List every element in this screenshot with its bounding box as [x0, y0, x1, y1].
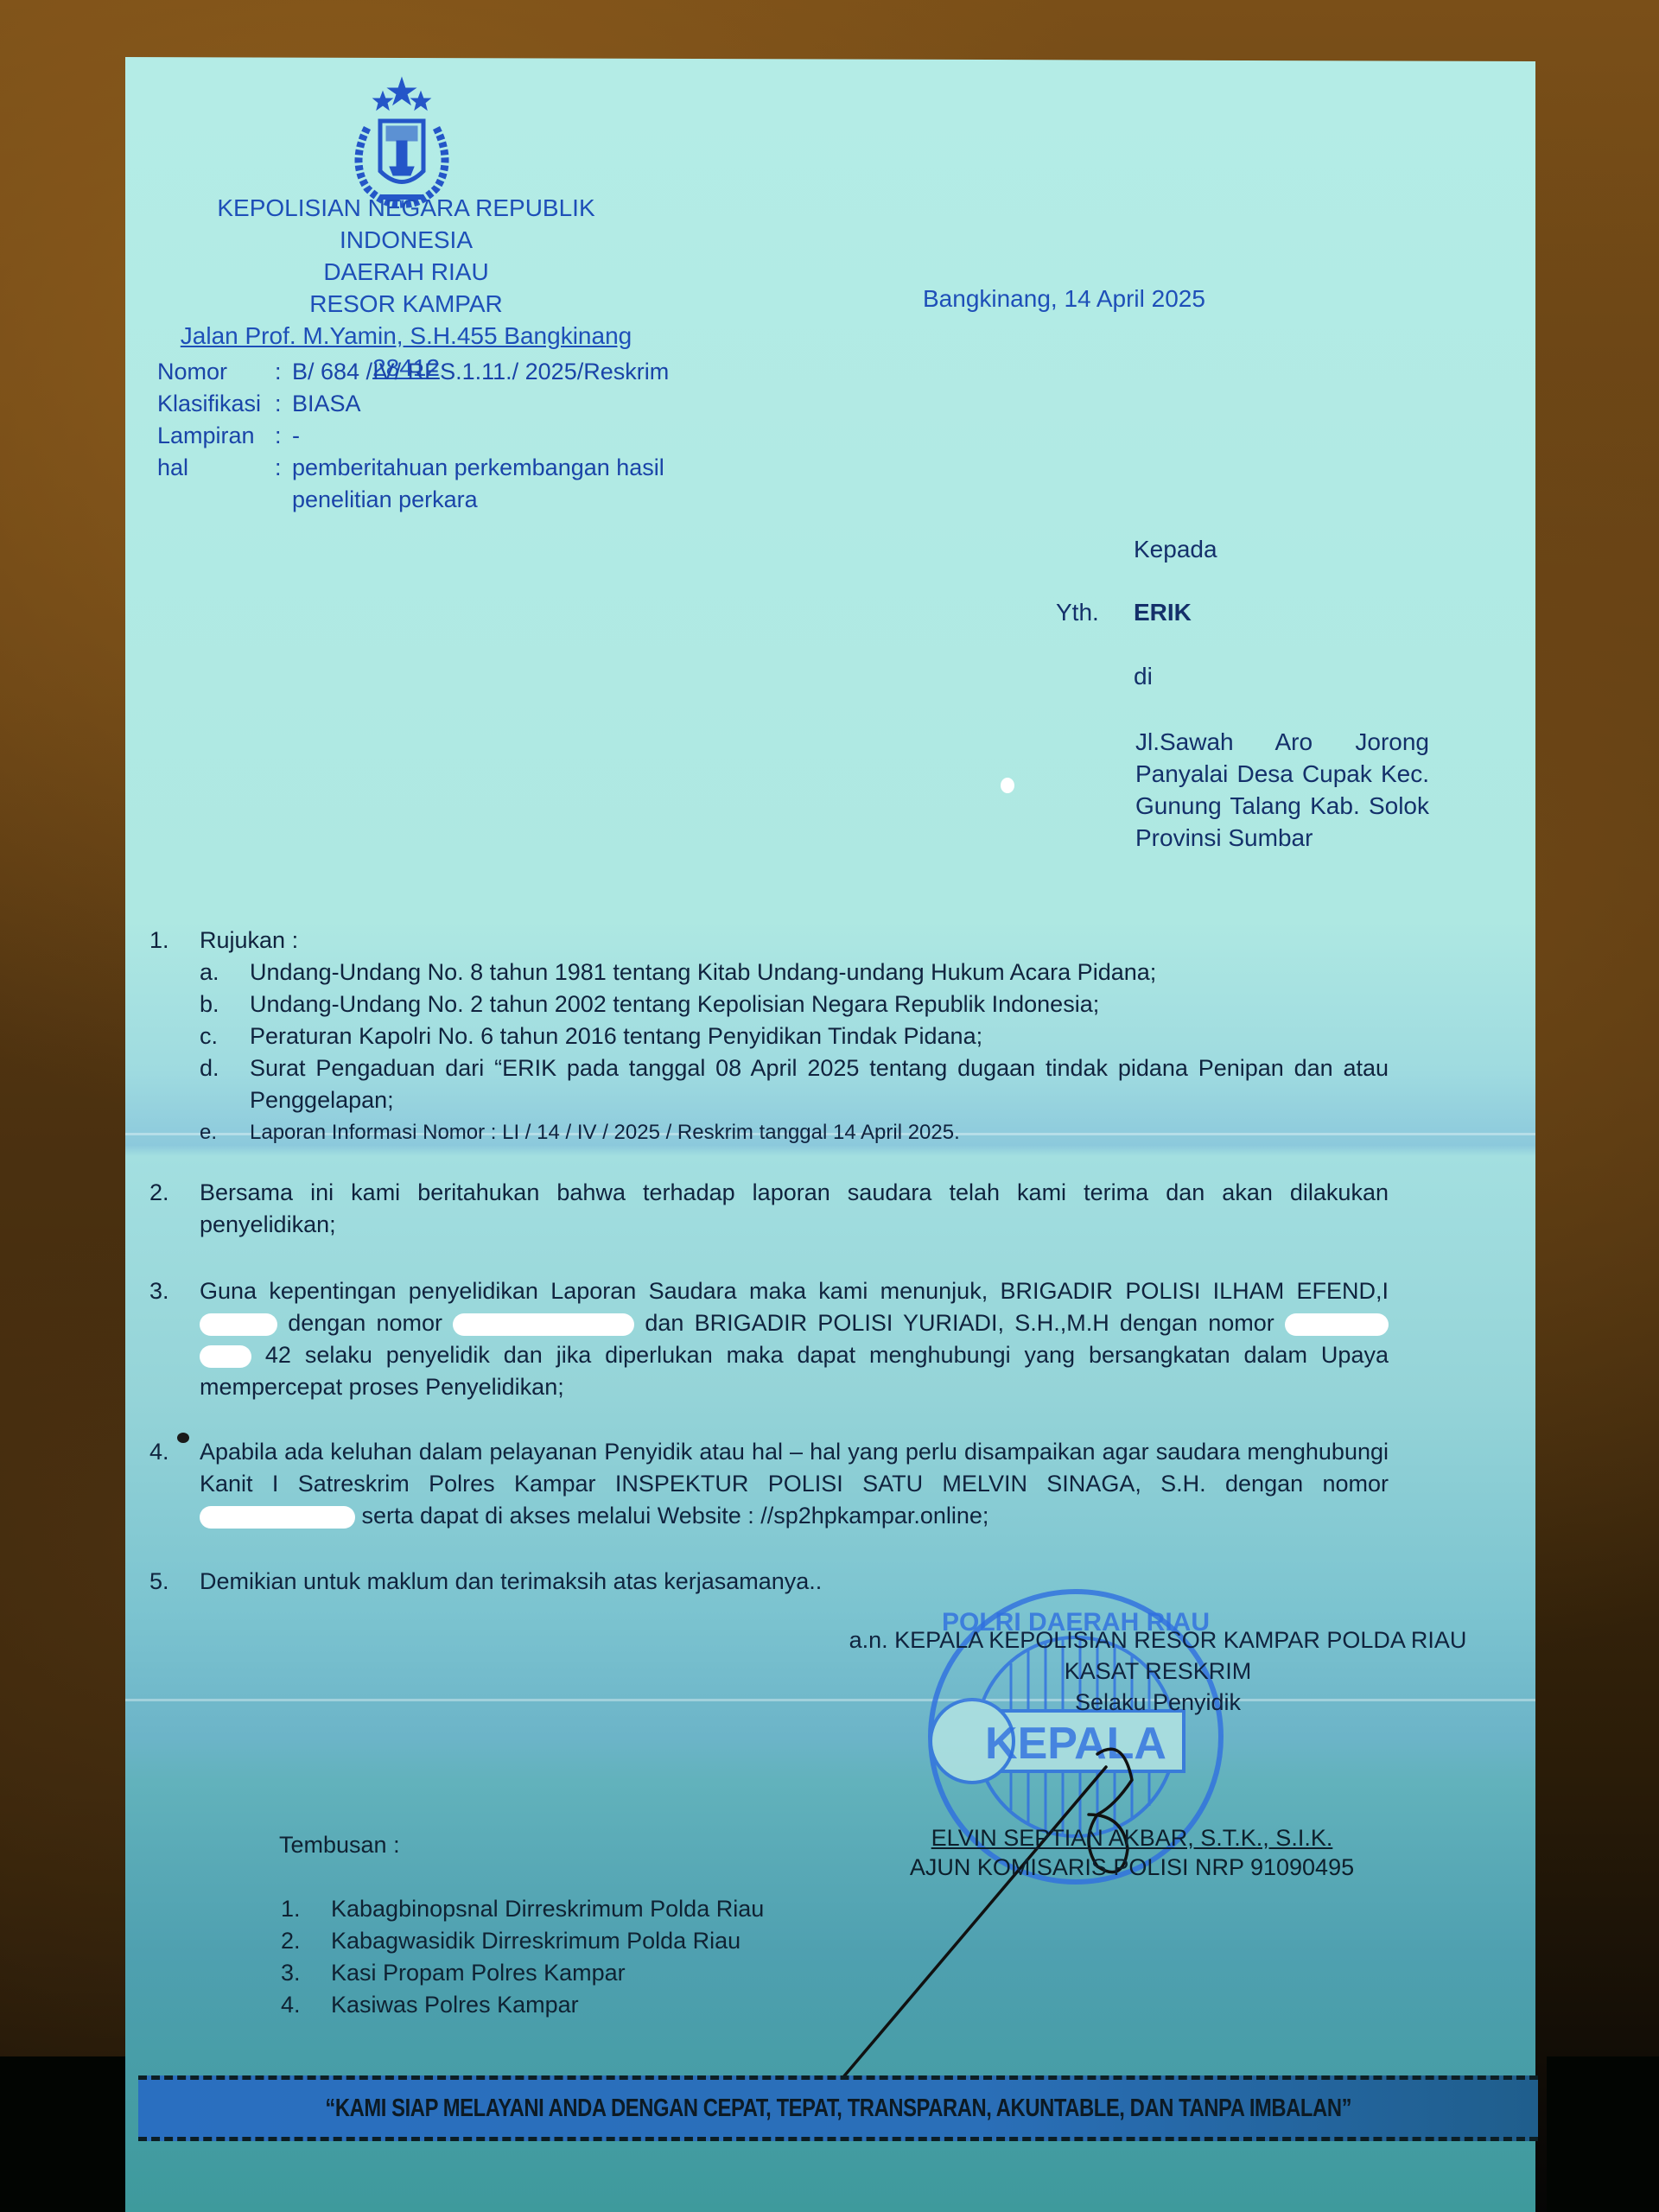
- item-number: 4.: [149, 1436, 169, 1468]
- item-text: Guna kepentingan penyelidikan Laporan Sa…: [200, 1275, 1389, 1403]
- recipient-kepada: Kepada: [1134, 536, 1217, 563]
- tembusan-item: 3. Kasi Propam Polres Kampar: [281, 1957, 764, 1989]
- recipient-name: ERIK: [1134, 599, 1192, 626]
- tembusan-list: Tembusan : 1. Kabagbinopsnal Dirreskrimu…: [281, 1829, 764, 2021]
- signatory: ELVIN SEPTIAN AKBAR, S.T.K., S.I.K. AJUN…: [821, 1823, 1443, 1882]
- meta-value: pemberitahuan perkembangan hasil penelit…: [292, 452, 672, 516]
- meta-colon: :: [275, 420, 292, 452]
- signature-line2: KASAT RESKRIM: [769, 1656, 1547, 1687]
- recipient-di: di: [1134, 663, 1153, 690]
- meta-value: -: [292, 420, 690, 452]
- tembusan-title: Tembusan :: [279, 1829, 764, 1861]
- background-shadow: [0, 2056, 125, 2212]
- sub-text: Peraturan Kapolri No. 6 tahun 2016 tenta…: [250, 1020, 1389, 1052]
- meta-row-lampiran: Lampiran : -: [157, 420, 690, 452]
- redaction-mark: [200, 1345, 251, 1368]
- tembusan-text: Kabagwasidik Dirreskrimum Polda Riau: [331, 1925, 741, 1957]
- sub-letter: e.: [200, 1116, 217, 1148]
- background-shadow: [1547, 2056, 1659, 2212]
- meta-row-hal: hal : pemberitahuan perkembangan hasil p…: [157, 452, 690, 516]
- ink-spot: [177, 1433, 189, 1443]
- item-text: Apabila ada keluhan dalam pelayanan Peny…: [200, 1436, 1389, 1532]
- item-number: 1.: [149, 925, 169, 957]
- tembusan-item: 2. Kabagwasidik Dirreskrimum Polda Riau: [281, 1925, 764, 1957]
- meta-colon: :: [275, 452, 292, 516]
- meta-label: hal: [157, 452, 275, 516]
- meta-row-klasifikasi: Klasifikasi : BIASA: [157, 388, 690, 420]
- tembusan-text: Kabagbinopsnal Dirreskrimum Polda Riau: [331, 1893, 764, 1925]
- recipient-address: Jl.Sawah Aro Jorong Panyalai Desa Cupak …: [1135, 726, 1429, 854]
- signatory-rank: AJUN KOMISARIS POLISI NRP 91090495: [821, 1853, 1443, 1882]
- recipient-yth: Yth.: [1056, 599, 1099, 626]
- motto-banner: “KAMI SIAP MELAYANI ANDA DENGAN CEPAT, T…: [138, 2075, 1538, 2141]
- redaction-mark: [200, 1506, 355, 1529]
- handwritten-signature: [838, 1719, 1236, 2082]
- redaction-mark: [200, 1313, 277, 1336]
- redaction-mark: [453, 1313, 634, 1336]
- motto-text: “KAMI SIAP MELAYANI ANDA DENGAN CEPAT, T…: [325, 2094, 1351, 2123]
- item-text-part: dan BRIGADIR POLISI YURIADI, S.H.,M.H de…: [645, 1310, 1274, 1336]
- sub-letter: d.: [200, 1052, 219, 1084]
- sub-text: Undang-Undang No. 8 tahun 1981 tentang K…: [250, 957, 1389, 988]
- tembusan-num: 1.: [281, 1893, 331, 1925]
- tembusan-item: 1. Kabagbinopsnal Dirreskrimum Polda Ria…: [281, 1893, 764, 1925]
- meta-label: Klasifikasi: [157, 388, 275, 420]
- meta-value: B/ 684 /IV/ RES.1.11./ 2025/Reskrim: [292, 356, 690, 388]
- item-number: 5.: [149, 1566, 169, 1598]
- meta-colon: :: [275, 356, 292, 388]
- meta-row-nomor: Nomor : B/ 684 /IV/ RES.1.11./ 2025/Resk…: [157, 356, 690, 388]
- signature-line3: Selaku Penyidik: [769, 1687, 1547, 1718]
- tembusan-item: 4. Kasiwas Polres Kampar: [281, 1989, 764, 2021]
- item-text-part: Guna kepentingan penyelidikan Laporan Sa…: [200, 1278, 1389, 1304]
- sub-text: Surat Pengaduan dari “ERIK pada tanggal …: [250, 1052, 1389, 1116]
- sub-letter: c.: [200, 1020, 218, 1052]
- meta-label: Nomor: [157, 356, 275, 388]
- signature-block: a.n. KEPALA KEPOLISIAN RESOR KAMPAR POLD…: [769, 1624, 1547, 1718]
- sub-text: Laporan Informasi Nomor : LI / 14 / IV /…: [250, 1116, 1389, 1148]
- letterhead-line3: RESOR KAMPAR: [156, 288, 657, 320]
- meta-label: Lampiran: [157, 420, 275, 452]
- place-date: Bangkinang, 14 April 2025: [923, 285, 1205, 313]
- tembusan-text: Kasiwas Polres Kampar: [331, 1989, 579, 2021]
- tembusan-text: Kasi Propam Polres Kampar: [331, 1957, 626, 1989]
- item-text: Bersama ini kami beritahukan bahwa terha…: [200, 1177, 1389, 1241]
- tembusan-num: 2.: [281, 1925, 331, 1957]
- item-number: 2.: [149, 1177, 169, 1209]
- item-text-part: 42 selaku penyelidik dan jika diperlukan…: [200, 1342, 1389, 1400]
- sub-text: Undang-Undang No. 2 tahun 2002 tentang K…: [250, 988, 1389, 1020]
- letterhead-line2: DAERAH RIAU: [156, 256, 657, 288]
- tembusan-num: 3.: [281, 1957, 331, 1989]
- item-number: 3.: [149, 1275, 169, 1307]
- signatory-name: ELVIN SEPTIAN AKBAR, S.T.K., S.I.K.: [821, 1823, 1443, 1853]
- sub-letter: b.: [200, 988, 219, 1020]
- meta-value: BIASA: [292, 388, 690, 420]
- letter-meta: Nomor : B/ 684 /IV/ RES.1.11./ 2025/Resk…: [157, 356, 690, 516]
- sub-letter: a.: [200, 957, 219, 988]
- item-text-part: dengan nomor: [288, 1310, 442, 1336]
- item-text-part: serta dapat di akses melalui Website : /…: [362, 1503, 989, 1529]
- letterhead-line1: KEPOLISIAN NEGARA REPUBLIK INDONESIA: [156, 192, 657, 256]
- tembusan-num: 4.: [281, 1989, 331, 2021]
- signature-line1: a.n. KEPALA KEPOLISIAN RESOR KAMPAR POLD…: [769, 1624, 1547, 1656]
- letterhead: KEPOLISIAN NEGARA REPUBLIK INDONESIA DAE…: [156, 192, 657, 384]
- item-text-part: Apabila ada keluhan dalam pelayanan Peny…: [200, 1439, 1389, 1497]
- paper-spot: [1001, 778, 1014, 793]
- meta-colon: :: [275, 388, 292, 420]
- redaction-mark: [1285, 1313, 1389, 1336]
- item-title: Rujukan :: [200, 925, 1389, 957]
